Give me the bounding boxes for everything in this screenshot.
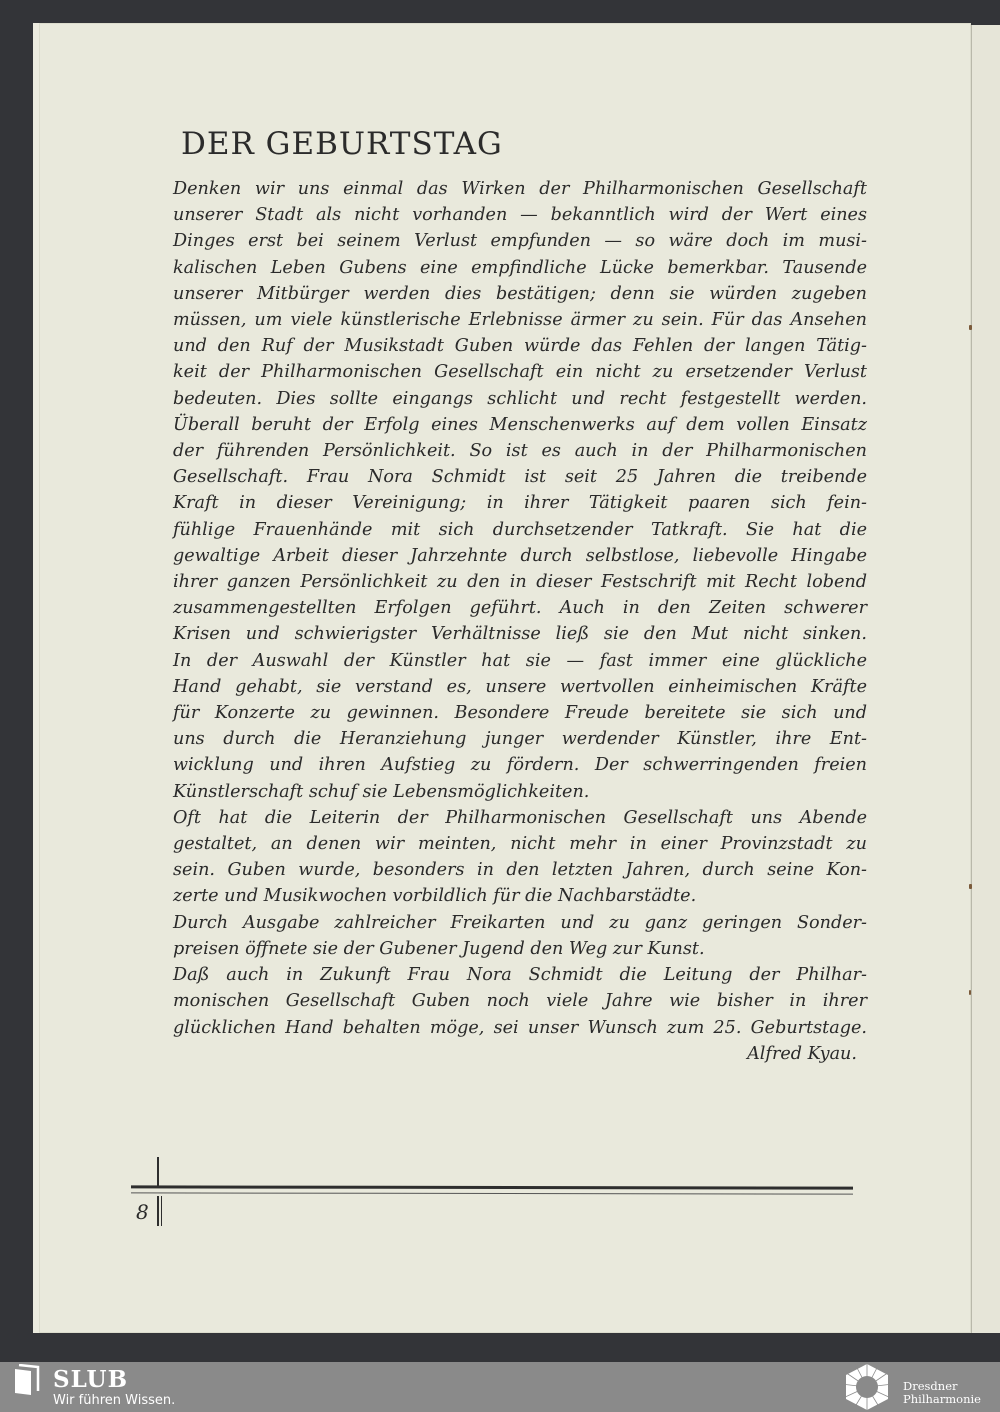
text-line: Künstlerschaft schuf sie Lebensmöglichke… <box>173 779 867 805</box>
text-line: unserer Mitbürger werden dies bestätigen… <box>173 281 867 307</box>
rule-vertical-mark <box>161 1196 162 1226</box>
text-line: monischen Gesellschaft Guben noch viele … <box>173 988 867 1014</box>
text-line: müssen, um viele künstlerische Erlebniss… <box>173 307 867 333</box>
text-line: gewaltige Arbeit dieser Jahrzehnte durch… <box>173 543 867 569</box>
text-line: unserer Stadt als nicht vorhanden — beka… <box>173 202 867 228</box>
text-line: zerte und Musikwochen vorbildlich für di… <box>173 883 867 909</box>
text-line: Denken wir uns einmal das Wirken der Phi… <box>173 176 867 202</box>
text-line: preisen öffnete sie der Gubener Jugend d… <box>173 936 867 962</box>
text-line: Dinges erst bei seinem Verlust empfunden… <box>173 228 867 254</box>
text-line: der führenden Persönlichkeit. So ist es … <box>173 438 867 464</box>
page-title: DER GEBURTSTAG <box>181 126 503 162</box>
slub-logo-icon <box>14 1364 42 1396</box>
text-line: keit der Philharmonischen Gesellschaft e… <box>173 359 867 385</box>
text-line: uns durch die Heranziehung junger werden… <box>173 726 867 752</box>
article-body: Denken wir uns einmal das Wirken der Phi… <box>173 176 867 1067</box>
text-line: glücklichen Hand behalten möge, sei unse… <box>173 1015 867 1041</box>
text-line: Gesellschaft. Frau Nora Schmidt ist seit… <box>173 464 867 490</box>
page-number: 8 <box>136 1200 149 1224</box>
facing-page-edge <box>972 25 1000 1333</box>
paper-speck <box>969 325 972 330</box>
text-line: Hand gehabt, sie verstand es, unsere wer… <box>173 674 867 700</box>
paper-speck <box>969 990 971 995</box>
text-line: für Konzerte zu gewinnen. Besondere Freu… <box>173 700 867 726</box>
slub-tagline: Wir führen Wissen. <box>53 1393 175 1408</box>
author-signature: Alfred Kyau. <box>173 1041 867 1067</box>
text-line: Überall beruht der Erfolg eines Menschen… <box>173 412 867 438</box>
text-line: Kraft in dieser Vereinigung; in ihrer Tä… <box>173 490 867 516</box>
philharmonie-brand[interactable]: Dresdner Philharmonie <box>903 1380 981 1406</box>
text-line: zusammengestellten Erfolgen geführt. Auc… <box>173 595 867 621</box>
text-line: sein. Guben wurde, besonders in den letz… <box>173 857 867 883</box>
text-line: kalischen Leben Gubens eine empfindliche… <box>173 255 867 281</box>
text-line: ihrer ganzen Persönlichkeit zu den in di… <box>173 569 867 595</box>
paper-speck <box>969 884 972 889</box>
rule-vertical-mark <box>157 1196 159 1226</box>
text-line: In der Auswahl der Künstler hat sie — fa… <box>173 648 867 674</box>
text-line: fühlige Frauenhände mit sich durchsetzen… <box>173 517 867 543</box>
text-line: Daß auch in Zukunft Frau Nora Schmidt di… <box>173 962 867 988</box>
philharmonie-brand-line2: Philharmonie <box>903 1393 981 1406</box>
text-line: Krisen und schwierigster Verhältnisse li… <box>173 621 867 647</box>
text-line: wicklung und ihren Aufstieg zu fördern. … <box>173 752 867 778</box>
text-line: Oft hat die Leiterin der Philharmonische… <box>173 805 867 831</box>
text-line: Durch Ausgabe zahlreicher Freikarten und… <box>173 910 867 936</box>
slub-brand[interactable]: SLUB <box>53 1366 128 1393</box>
rule-vertical-mark <box>157 1157 159 1186</box>
text-line: und den Ruf der Musikstadt Guben würde d… <box>173 333 867 359</box>
philharmonie-logo-icon <box>841 1362 893 1412</box>
text-line: bedeuten. Dies sollte eingangs schlicht … <box>173 386 867 412</box>
text-line: gestaltet, an denen wir meinten, nicht m… <box>173 831 867 857</box>
